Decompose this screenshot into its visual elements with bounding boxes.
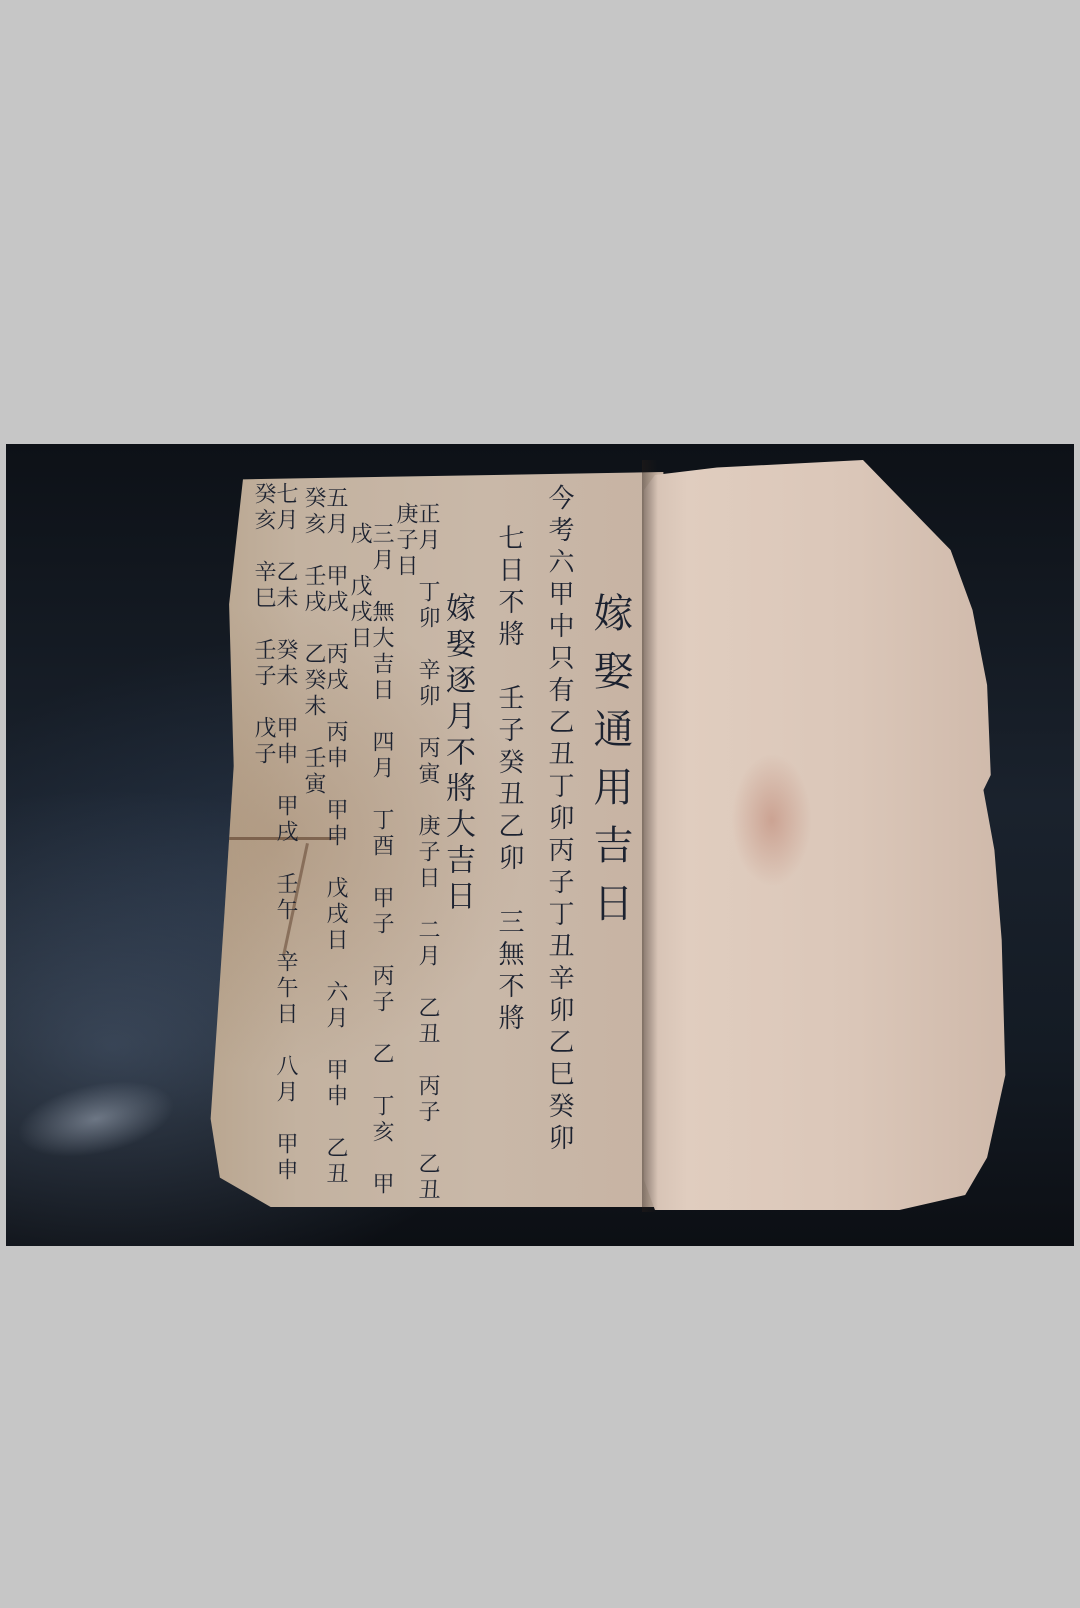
text-column-3: 嫁娶逐月不將大吉日 — [442, 592, 472, 916]
text-column-6: 五月 甲戌 丙戌 丙申 甲申 戊戌日 六月 甲申 乙丑 癸亥 壬戌 乙癸未 壬寅 — [302, 486, 346, 1207]
manuscript-photo: 嫁娶通用吉日 今考六甲中只有乙丑丁卯丙子丁丑辛卯乙巳癸卯 七日不將 壬子癸丑乙卯… — [6, 444, 1074, 1246]
text-column-2: 七日不將 壬子癸丑乙卯 三無不將 — [496, 524, 522, 1036]
text-column-7: 七月 乙未 癸未 甲申 甲戌 壬午 辛午日 八月 甲申 癸亥 辛巳 壬子 戊子 — [252, 482, 296, 1207]
book-spine — [642, 460, 658, 1212]
right-page-blank — [644, 460, 1009, 1210]
text-column-4: 正月 丁卯 辛卯 丙寅 庚子日 二月 乙丑 丙子 乙丑 庚子日 — [394, 502, 438, 1207]
text-column-5: 三月 無大吉日 四月 丁酉 甲子 丙子 乙 丁亥 甲戌 戊戌日 — [348, 522, 392, 1207]
left-page: 嫁娶通用吉日 今考六甲中只有乙丑丁卯丙子丁丑辛卯乙巳癸卯 七日不將 壬子癸丑乙卯… — [206, 472, 668, 1207]
page-title: 嫁娶通用吉日 — [590, 592, 630, 940]
surface-glare — [10, 1068, 181, 1170]
text-column-1: 今考六甲中只有乙丑丁卯丙子丁丑辛卯乙巳癸卯 — [546, 484, 572, 1156]
